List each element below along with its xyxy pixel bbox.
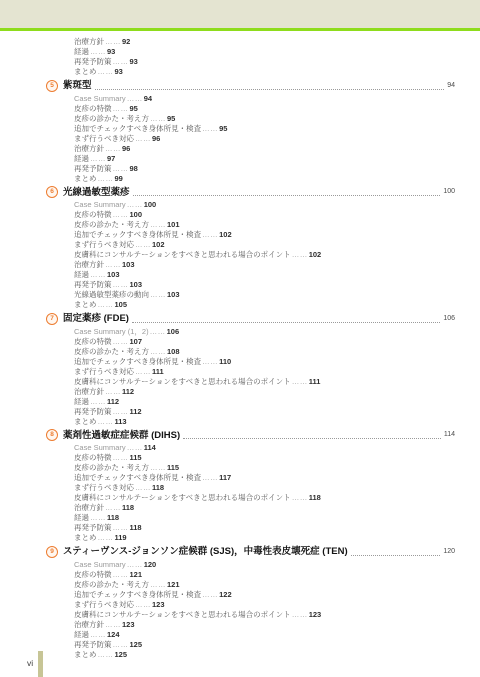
- toc-section-header: 7固定薬疹 (FDE)106: [46, 313, 455, 326]
- section-page: 100: [443, 186, 455, 199]
- leader-dots: ……: [113, 570, 129, 579]
- toc-sub-item: まず行うべき対応……118: [46, 483, 455, 493]
- section-leader-dots: [132, 322, 440, 323]
- toc-sub-label: 皮疹の診かた・考え方: [74, 347, 149, 356]
- page-number-label: vi: [27, 658, 33, 668]
- toc-sub-item: 皮疹の特徴……115: [46, 453, 455, 463]
- toc-sub-label: まとめ: [74, 650, 97, 659]
- leader-dots: ……: [127, 200, 143, 209]
- toc-sub-page: 93: [107, 47, 115, 56]
- toc-section-header: 5紫斑型94: [46, 80, 455, 93]
- toc-sub-page: 123: [309, 610, 322, 619]
- toc-sub-page: 107: [130, 337, 143, 346]
- toc-sub-page: 100: [130, 210, 143, 219]
- toc-sub-page: 118: [107, 513, 119, 522]
- header-band: [0, 0, 480, 28]
- toc-sub-item: 皮疹の特徴……100: [46, 210, 455, 220]
- leader-dots: ……: [202, 590, 218, 599]
- toc-sub-page: 92: [122, 37, 130, 46]
- toc-sub-page: 122: [219, 590, 232, 599]
- toc-sub-page: 112: [130, 407, 142, 416]
- toc-sub-page: 112: [122, 387, 134, 396]
- leader-dots: ……: [202, 230, 218, 239]
- toc-sub-page: 103: [167, 290, 180, 299]
- leader-dots: ……: [150, 463, 166, 472]
- toc-sub-page: 119: [115, 533, 127, 542]
- toc-sub-item: 経過……124: [46, 630, 455, 640]
- toc-sub-item: 治療方針……92: [46, 37, 455, 47]
- toc-sub-label: 皮疹の特徴: [74, 570, 112, 579]
- section-number-badge: 9: [46, 546, 58, 558]
- leader-dots: ……: [292, 377, 308, 386]
- toc-sub-page: 96: [122, 144, 130, 153]
- toc-sub-label: まとめ: [74, 533, 97, 542]
- section-page: 114: [444, 429, 455, 442]
- toc-sub-page: 95: [130, 104, 138, 113]
- toc-sub-page: 103: [122, 260, 135, 269]
- toc-sub-item: 皮膚科にコンサルテーションをすべきと思われる場合のポイント……123: [46, 610, 455, 620]
- toc-sub-label: まず行うべき対応: [74, 240, 134, 249]
- toc-sub-page: 102: [309, 250, 322, 259]
- toc-sub-label: 皮疹の診かた・考え方: [74, 580, 149, 589]
- toc-sub-item: 皮疹の診かた・考え方……108: [46, 347, 455, 357]
- toc-sub-label: 皮疹の特徴: [74, 104, 112, 113]
- toc-sub-page: 112: [107, 397, 119, 406]
- toc-sub-item: 追加でチェックすべき身体所見・検査……122: [46, 590, 455, 600]
- section-number-badge: 5: [46, 80, 58, 92]
- toc-sub-item: 経過……112: [46, 397, 455, 407]
- toc-sub-page: 93: [115, 67, 123, 76]
- toc-sub-page: 123: [152, 600, 165, 609]
- toc-sub-label: 追加でチェックすべき身体所見・検査: [74, 357, 201, 366]
- section-title: 光線過敏型薬疹: [63, 187, 130, 199]
- toc-sub-item: まとめ……105: [46, 300, 455, 310]
- leader-dots: ……: [127, 94, 143, 103]
- toc-sub-label: 皮疹の診かた・考え方: [74, 463, 149, 472]
- toc-sub-item: 皮膚科にコンサルテーションをすべきと思われる場合のポイント……118: [46, 493, 455, 503]
- toc-sub-item: まず行うべき対応……123: [46, 600, 455, 610]
- toc-sub-item: 経過……97: [46, 154, 455, 164]
- toc-sub-label: Case Summary: [74, 443, 126, 452]
- toc-sub-item: 経過……93: [46, 47, 455, 57]
- toc-sub-page: 118: [309, 493, 321, 502]
- toc-sub-item: 治療方針……112: [46, 387, 455, 397]
- leader-dots: ……: [150, 327, 166, 336]
- leader-dots: ……: [292, 250, 308, 259]
- leader-dots: ……: [113, 210, 129, 219]
- section-page: 120: [443, 546, 455, 559]
- leader-dots: ……: [113, 407, 129, 416]
- leader-dots: ……: [202, 473, 218, 482]
- leader-dots: ……: [90, 154, 106, 163]
- toc-sub-label: 追加でチェックすべき身体所見・検査: [74, 230, 201, 239]
- leader-dots: ……: [113, 164, 129, 173]
- toc-sub-page: 118: [122, 503, 134, 512]
- toc-sub-label: まとめ: [74, 67, 97, 76]
- leader-dots: ……: [98, 67, 114, 76]
- toc-section-header: 8薬剤性過敏症症候群 (DIHS)114: [46, 429, 455, 442]
- leader-dots: ……: [105, 144, 121, 153]
- toc-sub-page: 113: [115, 417, 127, 426]
- toc-sub-item: 再発予防策……118: [46, 523, 455, 533]
- leader-dots: ……: [135, 134, 151, 143]
- leader-dots: ……: [135, 483, 151, 492]
- toc-sub-item: まとめ……113: [46, 417, 455, 427]
- section-number-badge: 8: [46, 429, 58, 441]
- footer-bar: [38, 651, 43, 677]
- section-leader-dots: [183, 438, 441, 439]
- toc-sub-label: 経過: [74, 513, 89, 522]
- toc-sub-item: まとめ……99: [46, 174, 455, 184]
- leader-dots: ……: [113, 640, 129, 649]
- toc-sub-label: 治療方針: [74, 37, 104, 46]
- section-page: 94: [447, 80, 455, 93]
- toc-sub-label: まとめ: [74, 174, 97, 183]
- toc-sub-label: まとめ: [74, 300, 97, 309]
- section-number-badge: 6: [46, 186, 58, 198]
- section-title: スティーヴンス-ジョンソン症候群 (SJS)，中毒性表皮壊死症 (TEN): [63, 546, 348, 558]
- section-number-badge: 7: [46, 313, 58, 325]
- toc-sub-page: 106: [167, 327, 180, 336]
- toc-sub-label: まず行うべき対応: [74, 600, 134, 609]
- toc-sub-page: 124: [107, 630, 120, 639]
- toc-sub-item: 経過……118: [46, 513, 455, 523]
- toc-sub-label: Case Summary (1，2): [74, 327, 149, 336]
- leader-dots: ……: [202, 357, 218, 366]
- toc-sub-page: 101: [167, 220, 180, 229]
- toc-sub-page: 118: [152, 483, 164, 492]
- leader-dots: ……: [127, 560, 143, 569]
- toc-sub-item: 追加でチェックすべき身体所見・検査……117: [46, 473, 455, 483]
- toc-sub-label: 治療方針: [74, 387, 104, 396]
- leader-dots: ……: [105, 260, 121, 269]
- toc-content: 治療方針……92経過……93再発予防策……93まとめ……935紫斑型94Case…: [46, 37, 455, 660]
- toc-sub-page: 95: [167, 114, 175, 123]
- leader-dots: ……: [105, 387, 121, 396]
- leader-dots: ……: [98, 533, 114, 542]
- toc-sub-item: Case Summary……94: [46, 94, 455, 104]
- toc-sub-page: 102: [219, 230, 232, 239]
- toc-sub-item: 追加でチェックすべき身体所見・検査……95: [46, 124, 455, 134]
- leader-dots: ……: [113, 523, 129, 532]
- toc-sub-page: 117: [219, 473, 231, 482]
- toc-sub-label: 経過: [74, 630, 89, 639]
- leader-dots: ……: [98, 417, 114, 426]
- toc-sub-item: まとめ……125: [46, 650, 455, 660]
- leader-dots: ……: [292, 493, 308, 502]
- toc-sub-label: Case Summary: [74, 200, 126, 209]
- toc-sub-item: まとめ……119: [46, 533, 455, 543]
- toc-sub-label: 再発予防策: [74, 523, 112, 532]
- toc-sub-label: 皮疹の診かた・考え方: [74, 220, 149, 229]
- toc-sub-item: Case Summary……100: [46, 200, 455, 210]
- toc-sub-page: 96: [152, 134, 160, 143]
- leader-dots: ……: [105, 620, 121, 629]
- toc-sub-label: まず行うべき対応: [74, 134, 134, 143]
- toc-sub-page: 110: [219, 357, 231, 366]
- toc-section-header: 9スティーヴンス-ジョンソン症候群 (SJS)，中毒性表皮壊死症 (TEN)12…: [46, 546, 455, 559]
- toc-sub-item: まず行うべき対応……111: [46, 367, 455, 377]
- toc-sub-item: 皮疹の診かた・考え方……101: [46, 220, 455, 230]
- leader-dots: ……: [150, 290, 166, 299]
- leader-dots: ……: [113, 57, 129, 66]
- toc-page: 治療方針……92経過……93再発予防策……93まとめ……935紫斑型94Case…: [0, 0, 480, 677]
- leader-dots: ……: [90, 630, 106, 639]
- toc-sub-page: 125: [115, 650, 128, 659]
- toc-sub-label: 治療方針: [74, 144, 104, 153]
- leader-dots: ……: [90, 397, 106, 406]
- toc-sub-label: 皮膚科にコンサルテーションをすべきと思われる場合のポイント: [74, 493, 291, 502]
- toc-sub-item: 再発予防策……125: [46, 640, 455, 650]
- toc-sub-label: まず行うべき対応: [74, 367, 134, 376]
- toc-sub-label: 皮疹の特徴: [74, 337, 112, 346]
- toc-sub-page: 100: [144, 200, 157, 209]
- toc-sub-item: 治療方針……118: [46, 503, 455, 513]
- section-title: 薬剤性過敏症症候群 (DIHS): [63, 430, 180, 442]
- toc-sub-label: 再発予防策: [74, 57, 112, 66]
- toc-sub-item: 皮膚科にコンサルテーションをすべきと思われる場合のポイント……111: [46, 377, 455, 387]
- toc-sub-page: 105: [115, 300, 128, 309]
- toc-sub-item: 治療方針……103: [46, 260, 455, 270]
- leader-dots: ……: [98, 300, 114, 309]
- toc-sub-label: 治療方針: [74, 260, 104, 269]
- leader-dots: ……: [127, 443, 143, 452]
- section-leader-dots: [95, 89, 445, 90]
- leader-dots: ……: [150, 220, 166, 229]
- toc-sub-label: 再発予防策: [74, 640, 112, 649]
- leader-dots: ……: [113, 280, 129, 289]
- section-page: 106: [443, 313, 455, 326]
- section-leader-dots: [133, 195, 441, 196]
- section-title: 固定薬疹 (FDE): [63, 313, 129, 325]
- toc-sub-label: 追加でチェックすべき身体所見・検査: [74, 473, 201, 482]
- toc-sub-item: 再発予防策……103: [46, 280, 455, 290]
- toc-sub-page: 111: [309, 377, 321, 386]
- toc-sub-page: 118: [130, 523, 142, 532]
- toc-sub-page: 115: [130, 453, 142, 462]
- leader-dots: ……: [90, 47, 106, 56]
- toc-sub-item: 皮疹の診かた・考え方……121: [46, 580, 455, 590]
- toc-sub-item: 追加でチェックすべき身体所見・検査……102: [46, 230, 455, 240]
- toc-sub-label: 再発予防策: [74, 280, 112, 289]
- toc-sub-label: 追加でチェックすべき身体所見・検査: [74, 124, 201, 133]
- section-leader-dots: [351, 555, 441, 556]
- toc-sub-item: 再発予防策……112: [46, 407, 455, 417]
- toc-sub-label: 経過: [74, 47, 89, 56]
- leader-dots: ……: [113, 337, 129, 346]
- toc-sub-label: まず行うべき対応: [74, 483, 134, 492]
- toc-sub-page: 114: [144, 443, 156, 452]
- leader-dots: ……: [113, 453, 129, 462]
- toc-sub-page: 120: [144, 560, 157, 569]
- toc-sub-label: 皮膚科にコンサルテーションをすべきと思われる場合のポイント: [74, 610, 291, 619]
- toc-sub-item: 皮膚科にコンサルテーションをすべきと思われる場合のポイント……102: [46, 250, 455, 260]
- toc-sub-item: 経過……103: [46, 270, 455, 280]
- leader-dots: ……: [90, 513, 106, 522]
- toc-sub-item: 皮疹の特徴……121: [46, 570, 455, 580]
- toc-sub-label: 皮膚科にコンサルテーションをすべきと思われる場合のポイント: [74, 250, 291, 259]
- toc-sub-label: 経過: [74, 397, 89, 406]
- toc-sub-item: まとめ……93: [46, 67, 455, 77]
- toc-sub-label: 治療方針: [74, 620, 104, 629]
- leader-dots: ……: [292, 610, 308, 619]
- toc-sub-label: 経過: [74, 154, 89, 163]
- leader-dots: ……: [135, 367, 151, 376]
- toc-sub-item: 光線過敏型薬疹の動向……103: [46, 290, 455, 300]
- leader-dots: ……: [90, 270, 106, 279]
- toc-sub-label: 光線過敏型薬疹の動向: [74, 290, 149, 299]
- toc-sub-item: 再発予防策……93: [46, 57, 455, 67]
- toc-sub-page: 103: [130, 280, 143, 289]
- leader-dots: ……: [135, 240, 151, 249]
- toc-sub-page: 95: [219, 124, 227, 133]
- toc-sub-item: Case Summary……114: [46, 443, 455, 453]
- toc-sub-label: 皮膚科にコンサルテーションをすべきと思われる場合のポイント: [74, 377, 291, 386]
- toc-sub-page: 125: [130, 640, 143, 649]
- toc-sub-label: 追加でチェックすべき身体所見・検査: [74, 590, 201, 599]
- toc-sub-label: 治療方針: [74, 503, 104, 512]
- toc-sub-page: 97: [107, 154, 115, 163]
- toc-sub-page: 98: [130, 164, 138, 173]
- toc-sub-item: 皮疹の診かた・考え方……95: [46, 114, 455, 124]
- toc-sub-label: まとめ: [74, 417, 97, 426]
- toc-sub-label: 皮疹の特徴: [74, 210, 112, 219]
- toc-sub-item: 皮疹の特徴……107: [46, 337, 455, 347]
- toc-sub-item: 治療方針……123: [46, 620, 455, 630]
- leader-dots: ……: [150, 347, 166, 356]
- toc-sub-page: 99: [115, 174, 123, 183]
- leader-dots: ……: [98, 650, 114, 659]
- toc-sub-page: 123: [122, 620, 135, 629]
- toc-sub-item: Case Summary (1，2)……106: [46, 327, 455, 337]
- leader-dots: ……: [98, 174, 114, 183]
- toc-sub-page: 121: [130, 570, 143, 579]
- leader-dots: ……: [150, 580, 166, 589]
- toc-sub-page: 115: [167, 463, 179, 472]
- toc-sub-item: 皮疹の特徴……95: [46, 104, 455, 114]
- toc-sub-label: 再発予防策: [74, 407, 112, 416]
- toc-sub-item: Case Summary……120: [46, 560, 455, 570]
- toc-sub-item: 皮疹の診かた・考え方……115: [46, 463, 455, 473]
- leader-dots: ……: [105, 37, 121, 46]
- toc-sub-page: 121: [167, 580, 180, 589]
- toc-sub-page: 108: [167, 347, 180, 356]
- toc-sub-page: 93: [130, 57, 138, 66]
- toc-sub-page: 94: [144, 94, 152, 103]
- toc-sub-label: 皮疹の診かた・考え方: [74, 114, 149, 123]
- toc-sub-page: 111: [152, 367, 164, 376]
- leader-dots: ……: [113, 104, 129, 113]
- toc-sub-page: 102: [152, 240, 165, 249]
- toc-sub-label: 経過: [74, 270, 89, 279]
- leader-dots: ……: [135, 600, 151, 609]
- leader-dots: ……: [105, 503, 121, 512]
- toc-sub-item: 追加でチェックすべき身体所見・検査……110: [46, 357, 455, 367]
- toc-sub-item: まず行うべき対応……102: [46, 240, 455, 250]
- toc-sub-label: 皮疹の特徴: [74, 453, 112, 462]
- toc-sub-label: Case Summary: [74, 94, 126, 103]
- leader-dots: ……: [202, 124, 218, 133]
- toc-sub-label: Case Summary: [74, 560, 126, 569]
- leader-dots: ……: [150, 114, 166, 123]
- toc-section-header: 6光線過敏型薬疹100: [46, 186, 455, 199]
- section-title: 紫斑型: [63, 80, 92, 92]
- toc-sub-item: 再発予防策……98: [46, 164, 455, 174]
- accent-line: [0, 28, 480, 31]
- toc-sub-page: 103: [107, 270, 120, 279]
- toc-sub-item: 治療方針……96: [46, 144, 455, 154]
- toc-sub-item: まず行うべき対応……96: [46, 134, 455, 144]
- toc-sub-label: 再発予防策: [74, 164, 112, 173]
